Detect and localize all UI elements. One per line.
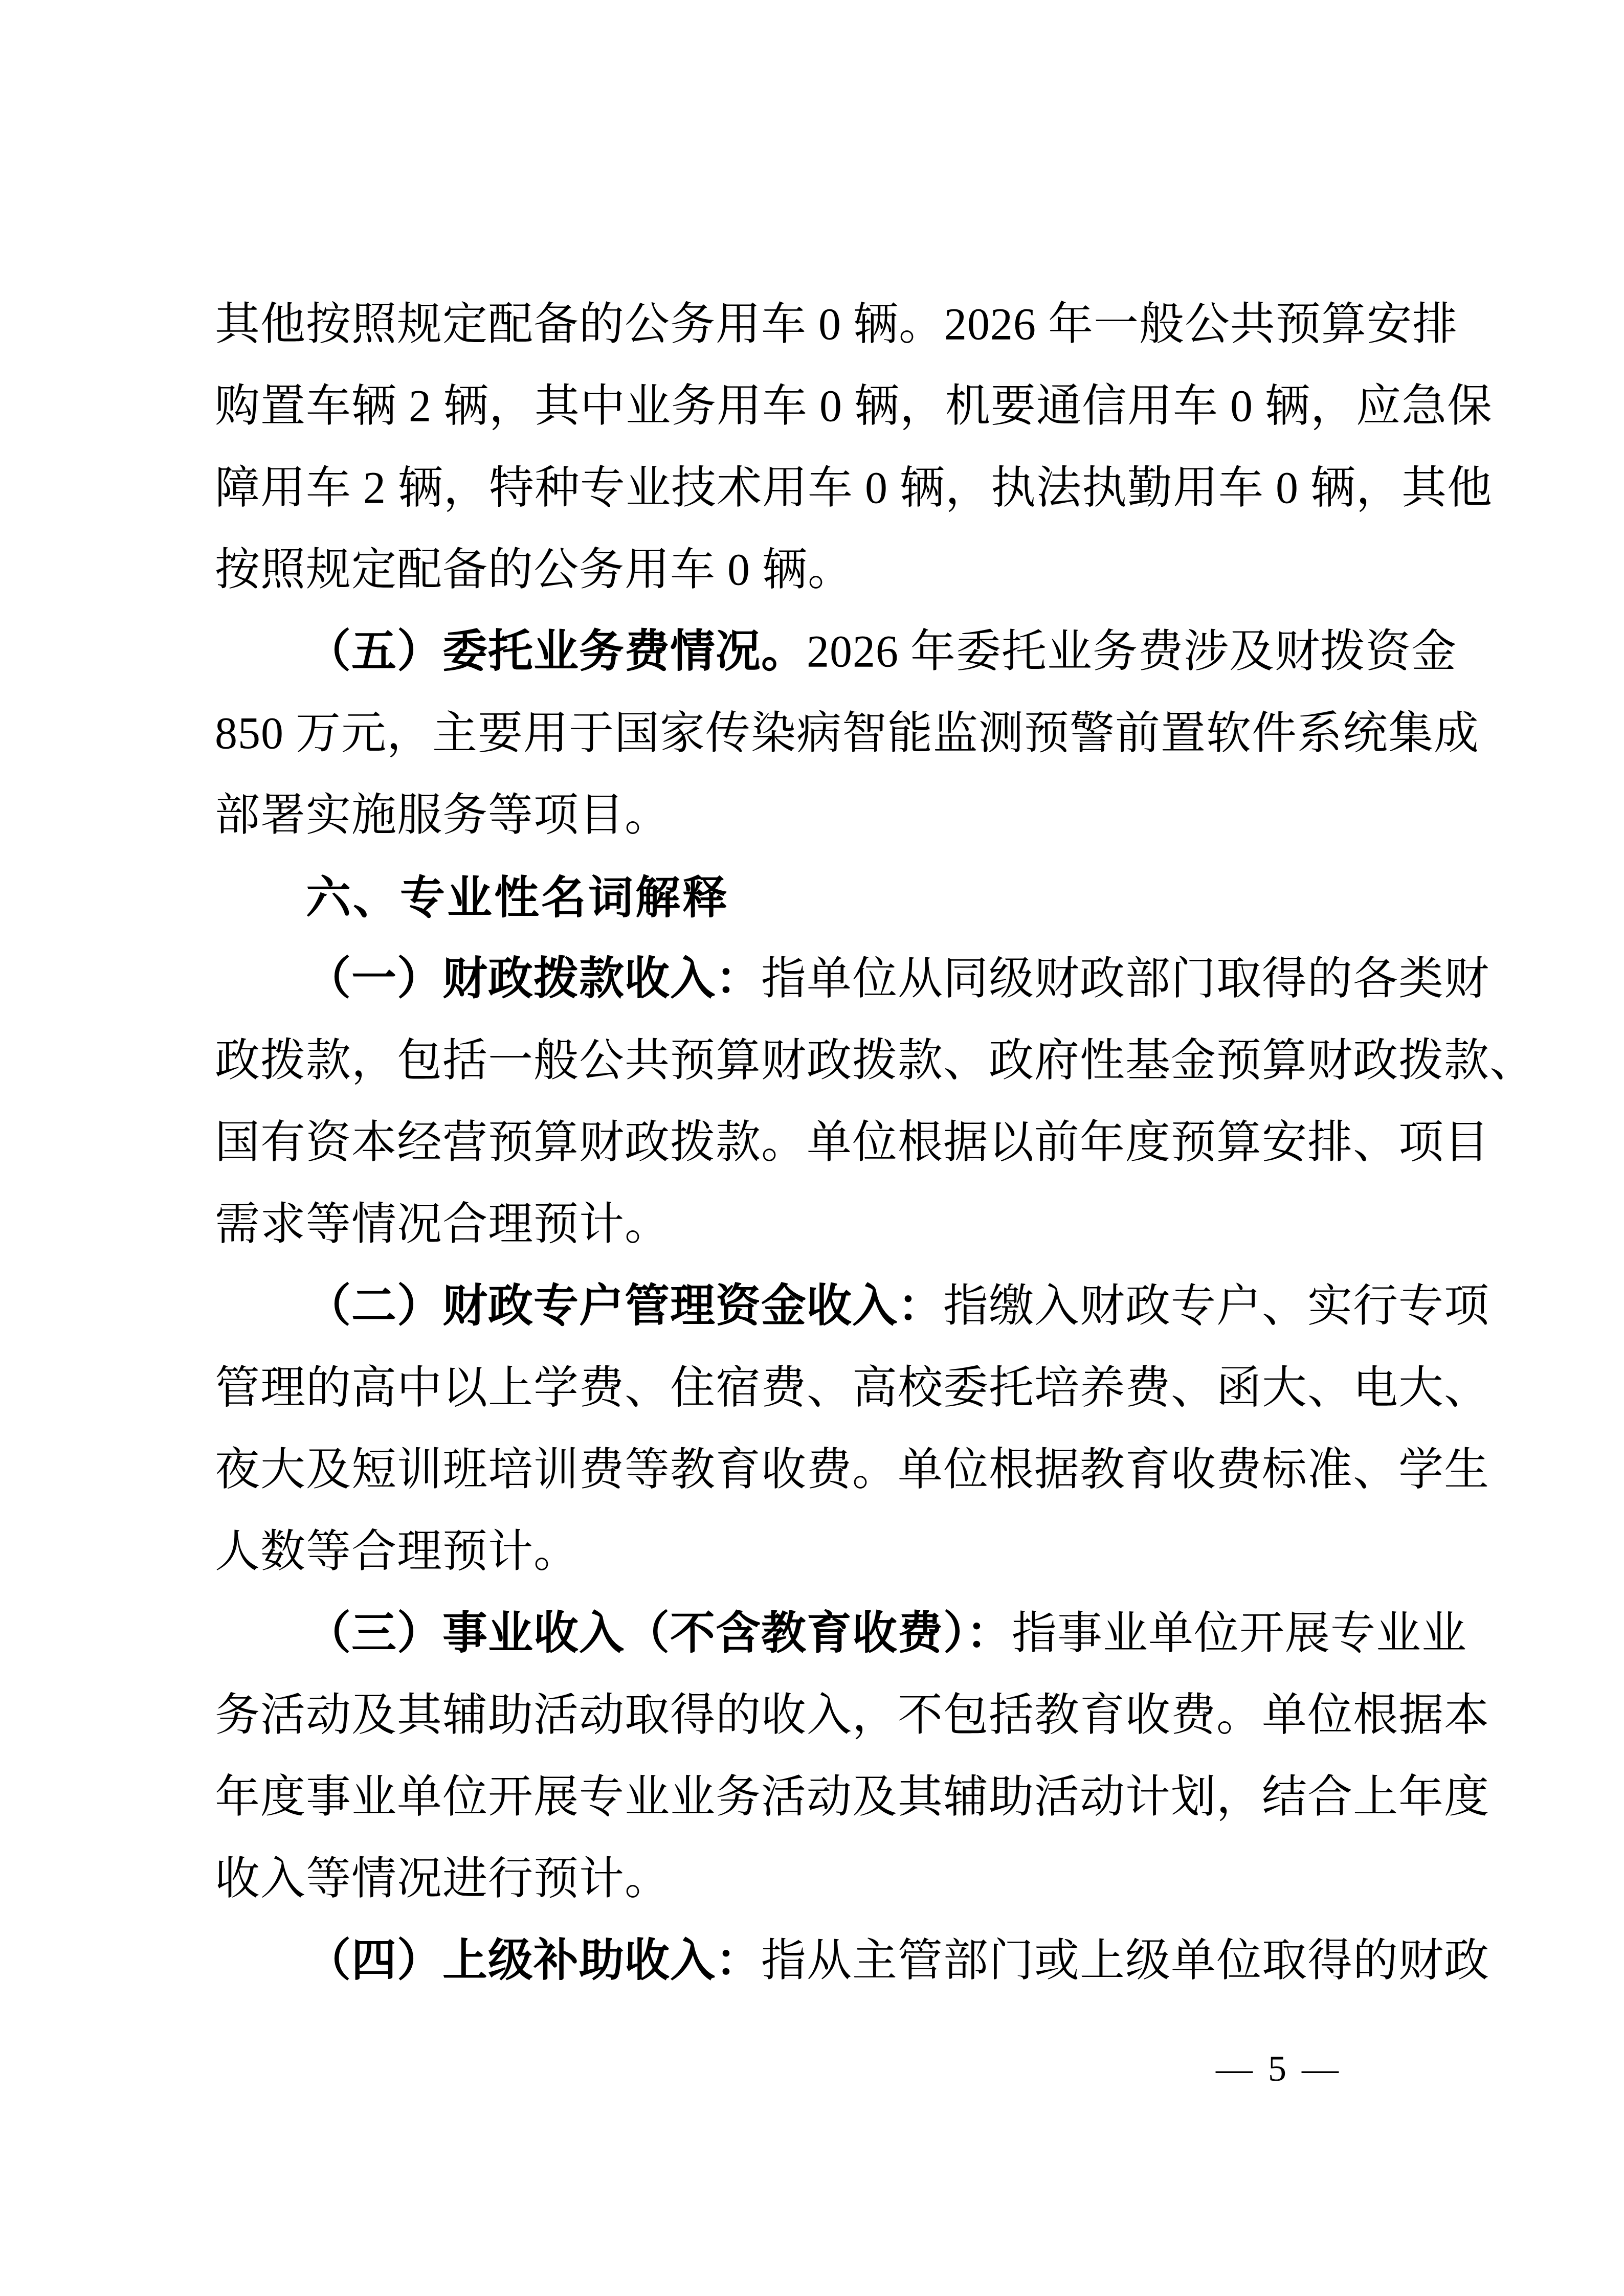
- text-line: 夜大及短训班培训费等教育收费。单位根据教育收费标准、学生: [215, 1429, 1425, 1511]
- text-segment: 2026 年委托业务费涉及财拨资金: [807, 627, 1457, 677]
- bold-lead-in: （二）财政专户管理资金收入：: [306, 1281, 943, 1331]
- text-segment: 指事业单位开展专业业: [1012, 1609, 1467, 1658]
- text-segment: 指缴入财政专户、实行专项: [943, 1281, 1489, 1331]
- text-segment: 年度事业单位开展专业业务活动及其辅助活动计划，结合上年度: [215, 1772, 1489, 1822]
- text-line: 年度事业单位开展专业业务活动及其辅助活动计划，结合上年度: [215, 1757, 1425, 1838]
- text-segment: 管理的高中以上学费、住宿费、高校委托培养费、函大、电大、: [215, 1363, 1489, 1413]
- page-number: — 5 —: [1216, 2043, 1342, 2094]
- document-page: 其他按照规定配备的公务用车 0 辆。2026 年一般公共预算安排购置车辆 2 辆…: [0, 0, 1624, 2296]
- text-segment: 收入等情况进行预计。: [215, 1854, 670, 1904]
- text-segment: 夜大及短训班培训费等教育收费。单位根据教育收费标准、学生: [215, 1445, 1489, 1495]
- text-segment: 850 万元，主要用于国家传染病智能监测预警前置软件系统集成: [215, 709, 1479, 758]
- text-segment: 指从主管部门或上级单位取得的财政: [761, 1936, 1489, 1986]
- text-line: 收入等情况进行预计。: [215, 1838, 1425, 1920]
- text-line: （二）财政专户管理资金收入：指缴入财政专户、实行专项: [215, 1266, 1425, 1347]
- text-segment: 障用车 2 辆，特种专业技术用车 0 辆，执法执勤用车 0 辆，其他: [215, 463, 1493, 513]
- text-line: 需求等情况合理预计。: [215, 1184, 1425, 1266]
- text-segment: 按照规定配备的公务用车 0 辆。: [215, 545, 853, 595]
- text-segment: 部署实施服务等项目。: [215, 791, 670, 840]
- bold-lead-in: （三）事业收入（不含教育收费）：: [306, 1609, 1012, 1658]
- bold-lead-in: （四）上级补助收入：: [306, 1936, 761, 1986]
- text-segment: 需求等情况合理预计。: [215, 1200, 670, 1249]
- text-segment: 指单位从同级财政部门取得的各类财: [761, 954, 1489, 1004]
- text-line: （五）委托业务费情况。2026 年委托业务费涉及财拨资金: [215, 611, 1425, 693]
- text-line: 部署实施服务等项目。: [215, 775, 1425, 857]
- text-segment: 务活动及其辅助活动取得的收入，不包括教育收费。单位根据本: [215, 1691, 1489, 1740]
- section-heading: 六、专业性名词解释: [215, 857, 1425, 938]
- document-body: 其他按照规定配备的公务用车 0 辆。2026 年一般公共预算安排购置车辆 2 辆…: [215, 284, 1425, 2002]
- text-line: 850 万元，主要用于国家传染病智能监测预警前置软件系统集成: [215, 693, 1425, 775]
- text-segment: 其他按照规定配备的公务用车 0 辆。2026 年一般公共预算安排: [215, 300, 1458, 349]
- bold-lead-in: （一）财政拨款收入：: [306, 954, 761, 1004]
- text-segment: 人数等合理预计。: [215, 1527, 579, 1577]
- text-line: （一）财政拨款收入：指单位从同级财政部门取得的各类财: [215, 938, 1425, 1020]
- text-line: 国有资本经营预算财政拨款。单位根据以前年度预算安排、项目: [215, 1102, 1425, 1184]
- text-line: 务活动及其辅助活动取得的收入，不包括教育收费。单位根据本: [215, 1675, 1425, 1757]
- text-line: 政拨款，包括一般公共预算财政拨款、政府性基金预算财政拨款、: [215, 1020, 1425, 1102]
- text-line: 购置车辆 2 辆，其中业务用车 0 辆，机要通信用车 0 辆，应急保: [215, 366, 1425, 447]
- text-segment: 购置车辆 2 辆，其中业务用车 0 辆，机要通信用车 0 辆，应急保: [215, 381, 1493, 431]
- text-line: （三）事业收入（不含教育收费）：指事业单位开展专业业: [215, 1593, 1425, 1675]
- bold-lead-in: 六、专业性名词解释: [306, 872, 729, 922]
- text-line: 障用车 2 辆，特种专业技术用车 0 辆，执法执勤用车 0 辆，其他: [215, 447, 1425, 529]
- text-line: 其他按照规定配备的公务用车 0 辆。2026 年一般公共预算安排: [215, 284, 1425, 366]
- text-line: 人数等合理预计。: [215, 1511, 1425, 1593]
- text-line: 按照规定配备的公务用车 0 辆。: [215, 529, 1425, 611]
- bold-lead-in: （五）委托业务费情况。: [306, 627, 807, 677]
- text-line: （四）上级补助收入：指从主管部门或上级单位取得的财政: [215, 1920, 1425, 2002]
- text-line: 管理的高中以上学费、住宿费、高校委托培养费、函大、电大、: [215, 1347, 1425, 1429]
- text-segment: 国有资本经营预算财政拨款。单位根据以前年度预算安排、项目: [215, 1118, 1489, 1167]
- text-segment: 政拨款，包括一般公共预算财政拨款、政府性基金预算财政拨款、: [215, 1036, 1535, 1086]
